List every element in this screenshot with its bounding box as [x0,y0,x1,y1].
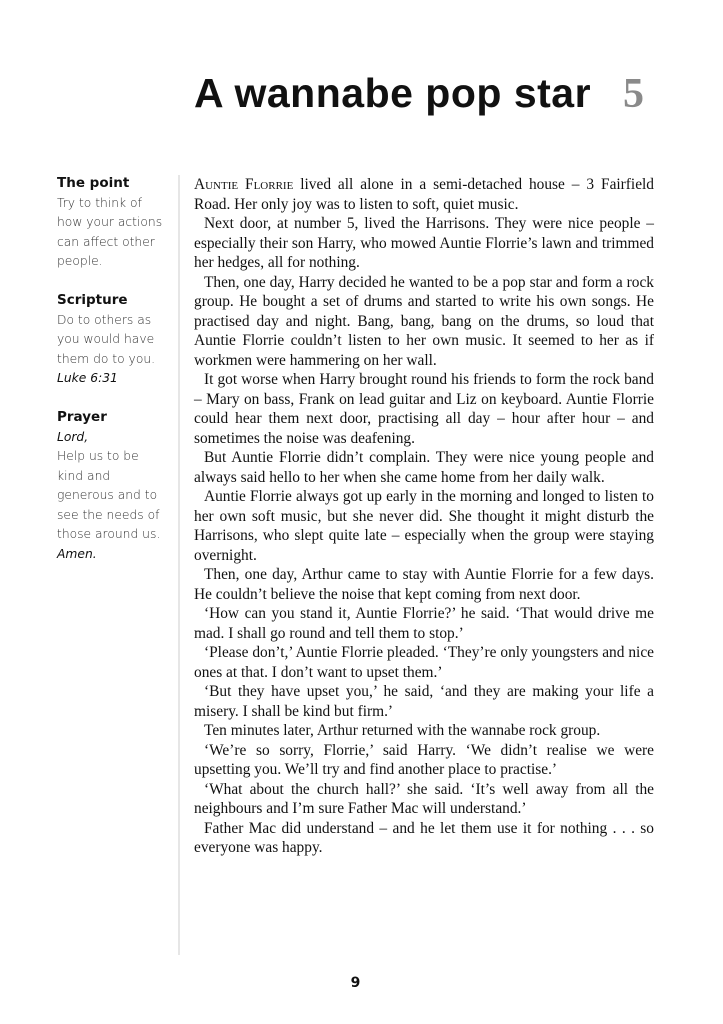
story-paragraph: ‘How can you stand it, Auntie Florrie?’ … [194,604,654,643]
the-point-line: people. [57,252,169,272]
sidebar: The point Try to think of how your actio… [57,174,169,584]
prayer-line: see the needs of [57,506,169,526]
scripture-line: Do to others as [57,311,169,331]
story-paragraph: ‘But they have upset you,’ he said, ‘and… [194,682,654,721]
prayer-line: kind and [57,467,169,487]
prayer-heading: Prayer [57,408,169,428]
prayer-line: those around us. [57,525,169,545]
prayer-opening: Lord, [57,428,169,448]
the-point-line: can affect other [57,233,169,253]
page-number: 9 [0,975,723,991]
scripture-section: Scripture Do to others as you would have… [57,291,169,389]
story-paragraph: Ten minutes later, Arthur returned with … [194,721,654,741]
the-point-line: Try to think of [57,194,169,214]
story-paragraph: But Auntie Florrie didn’t complain. They… [194,448,654,487]
story-paragraph: ‘Please don’t,’ Auntie Florrie pleaded. … [194,643,654,682]
page-number-text: 9 [351,975,361,991]
story-paragraph: Next door, at number 5, lived the Harris… [194,214,654,273]
story-paragraph: ‘We’re so sorry, Florrie,’ said Harry. ‘… [194,741,654,780]
story-lead-name: Auntie Florrie [194,176,293,193]
scripture-line: you would have [57,330,169,350]
story-paragraph: ‘What about the church hall?’ she said. … [194,780,654,819]
story-paragraph: Then, one day, Arthur came to stay with … [194,565,654,604]
story-paragraph: It got worse when Harry brought round hi… [194,370,654,448]
story-body: Auntie Florrie lived all alone in a semi… [194,175,654,858]
scripture-line: them do to you. [57,350,169,370]
the-point-section: The point Try to think of how your actio… [57,174,169,272]
story-paragraph: Auntie Florrie always got up early in th… [194,487,654,565]
story-paragraph: Auntie Florrie lived all alone in a semi… [194,175,654,214]
the-point-line: how your actions [57,213,169,233]
prayer-line: Help us to be [57,447,169,467]
prayer-section: Prayer Lord, Help us to be kind and gene… [57,408,169,564]
scripture-heading: Scripture [57,291,169,311]
chapter-header: A wannabe pop star 5 [194,70,644,130]
page-title: A wannabe pop star [194,70,591,117]
chapter-number: 5 [623,70,644,118]
column-divider [178,175,180,955]
prayer-closing: Amen. [57,545,169,565]
the-point-heading: The point [57,174,169,194]
story-paragraph: Then, one day, Harry decided he wanted t… [194,273,654,371]
prayer-line: generous and to [57,486,169,506]
scripture-reference: Luke 6:31 [57,369,169,389]
story-paragraph: Father Mac did understand – and he let t… [194,819,654,858]
